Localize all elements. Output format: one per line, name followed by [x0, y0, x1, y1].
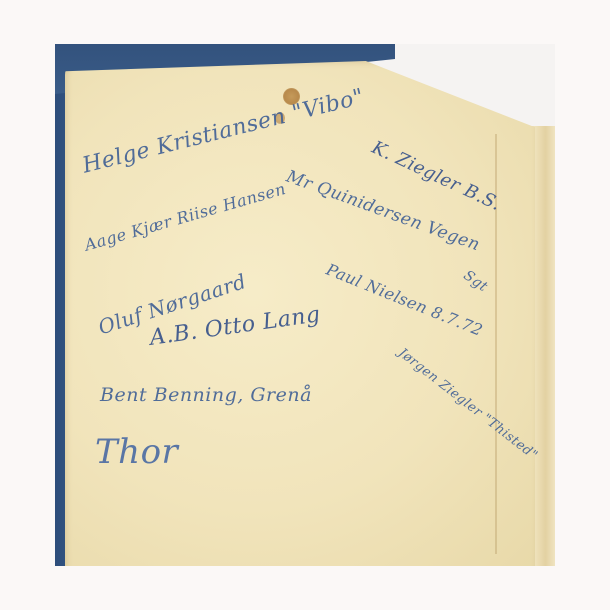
photograph: Helge Kristiansen "Vibo" K. Ziegler B.S.… — [55, 44, 555, 566]
signature: Thor — [95, 432, 178, 472]
signature: Bent Benning, Grenå — [100, 384, 312, 406]
